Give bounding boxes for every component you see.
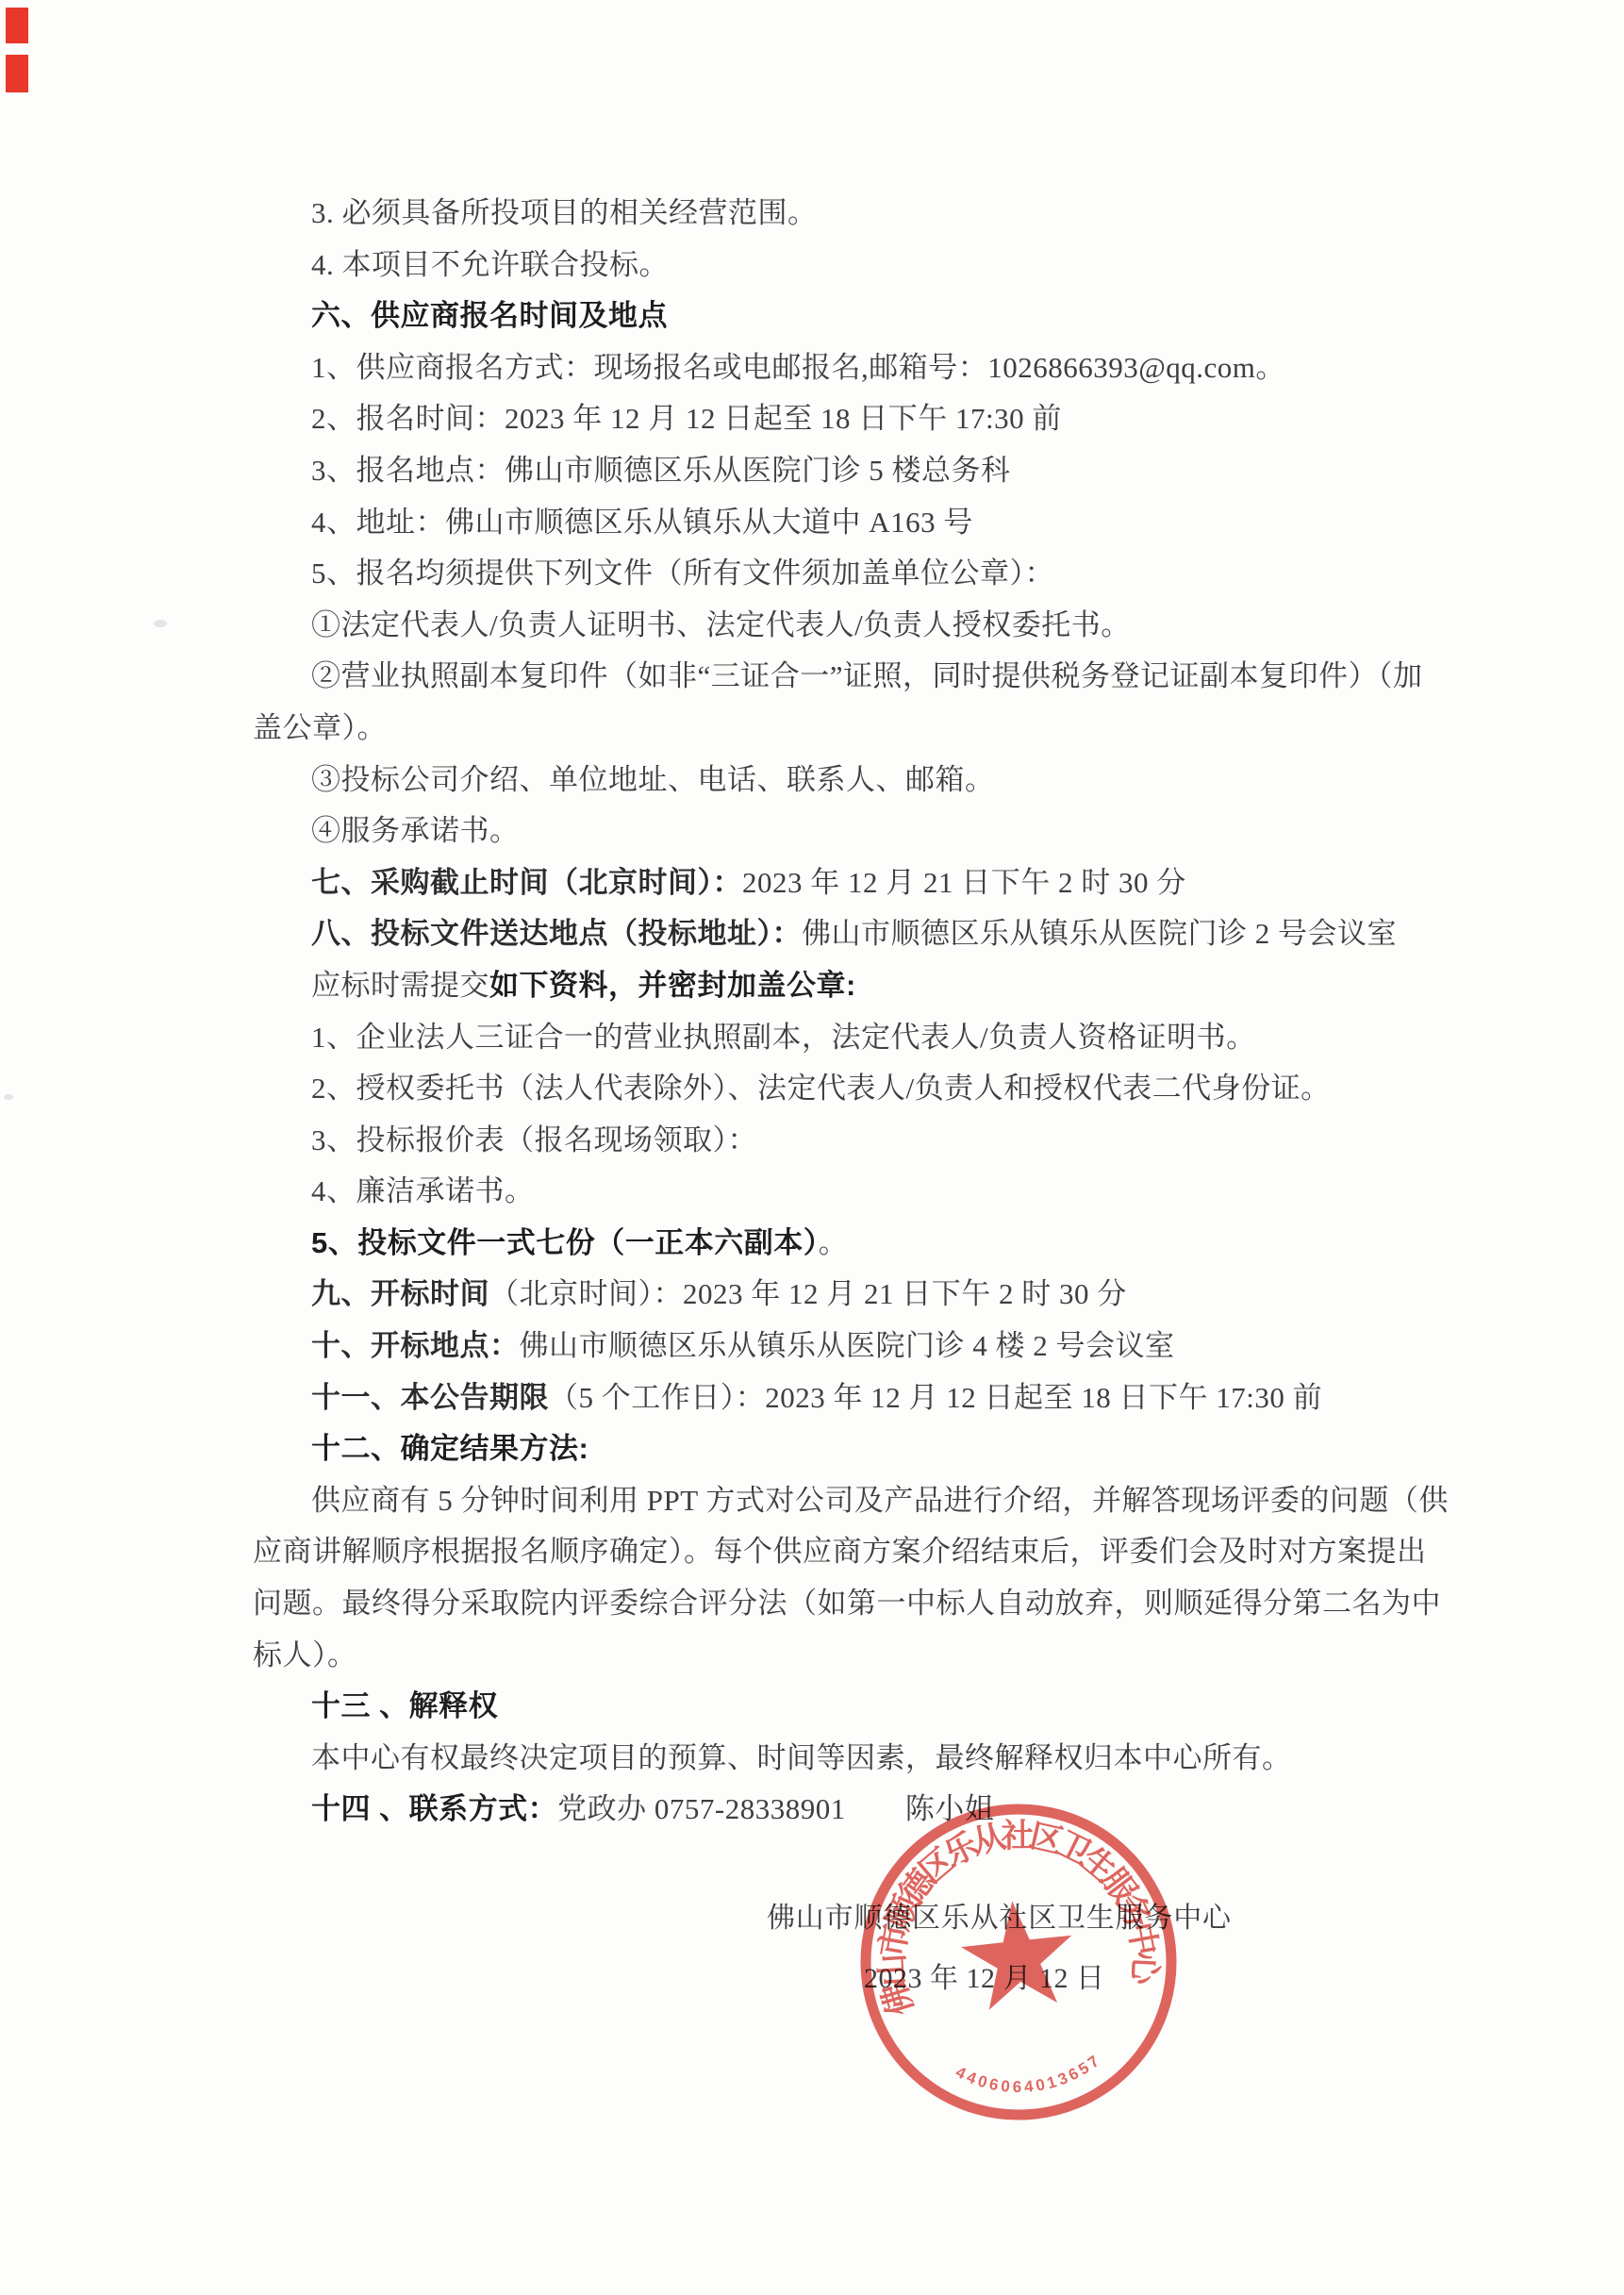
scan-corner-mark xyxy=(6,8,28,43)
document-text-segment: 应标时需提交 xyxy=(311,969,489,1002)
document-line: 应商讲解顺序根据报名顺序确定）。每个供应商方案介绍结束后，评委们会及时对方案提出 xyxy=(0,1526,1624,1578)
document-line: 标人）。 xyxy=(0,1630,1624,1682)
document-line: 七、采购截止时间（北京时间）：2023 年 12 月 21 日下午 2 时 30… xyxy=(0,857,1624,909)
document-line: 5、投标文件一式七份（一正本六副本）。 xyxy=(0,1218,1624,1270)
document-text-segment: 3、投标报价表（报名现场领取）： xyxy=(311,1123,757,1156)
document-text-segment: ③投标公司介绍、单位地址、电话、联系人、邮箱。 xyxy=(311,763,995,796)
document-line: 十、开标地点：佛山市顺德区乐从镇乐从医院门诊 4 楼 2 号会议室 xyxy=(0,1321,1624,1372)
document-text-segment: （北京时间）：2023 年 12 月 21 日下午 2 时 30 分 xyxy=(489,1277,1127,1310)
document-text-segment: 九、开标时间 xyxy=(311,1277,489,1310)
document-line: 5、报名均须提供下列文件（所有文件须加盖单位公章）： xyxy=(0,548,1624,600)
document-line: 十三 、解释权 xyxy=(0,1681,1624,1733)
document-text-segment: 供应商有 5 分钟时间利用 PPT 方式对公司及产品进行介绍，并解答现场评委的问… xyxy=(311,1484,1449,1517)
document-line: 3、投标报价表（报名现场领取）： xyxy=(0,1115,1624,1167)
document-line: 1、企业法人三证合一的营业执照副本，法定代表人/负责人资格证明书。 xyxy=(0,1012,1624,1064)
document-line: 4. 本项目不允许联合投标。 xyxy=(0,240,1624,291)
scan-corner-mark xyxy=(6,55,28,92)
document-text-segment: 十、开标地点： xyxy=(311,1329,520,1362)
document-line: 六、供应商报名时间及地点 xyxy=(0,291,1624,342)
document-text-segment: 2、授权委托书（法人代表除外）、法定代表人/负责人和授权代表二代身份证。 xyxy=(311,1072,1331,1105)
document-line: ③投标公司介绍、单位地址、电话、联系人、邮箱。 xyxy=(0,755,1624,807)
document-text-segment: 本中心有权最终决定项目的预算、时间等因素，最终解释权归本中心所有。 xyxy=(311,1741,1292,1774)
official-seal: 佛山市顺德区乐从社区卫生服务中心 4406064013657 xyxy=(847,1790,1190,2134)
document-text-segment: 5、报名均须提供下列文件（所有文件须加盖单位公章）： xyxy=(311,557,1054,590)
document-line: 盖公章）。 xyxy=(0,703,1624,755)
document-line: 2、报名时间：2023 年 12 月 12 日起至 18 日下午 17:30 前 xyxy=(0,393,1624,445)
document-line: 1、供应商报名方式：现场报名或电邮报名,邮箱号：1026866393@qq.co… xyxy=(0,342,1624,394)
document-text-segment: 4、地址：佛山市顺德区乐从镇乐从大道中 A163 号 xyxy=(311,506,973,539)
document-line: ②营业执照副本复印件（如非“三证合一”证照，同时提供税务登记证副本复印件）（加 xyxy=(0,651,1624,703)
document-text-segment: 4、廉洁承诺书。 xyxy=(311,1174,535,1207)
document-text-segment: 佛山市顺德区乐从镇乐从医院门诊 2 号会议室 xyxy=(802,917,1397,950)
document-line: 本中心有权最终决定项目的预算、时间等因素，最终解释权归本中心所有。 xyxy=(0,1733,1624,1785)
document-text-segment: 1、企业法人三证合一的营业执照副本，法定代表人/负责人资格证明书。 xyxy=(311,1021,1256,1054)
document-text-segment: （5 个工作日）：2023 年 12 月 12 日起至 18 日下午 17:30… xyxy=(549,1381,1322,1414)
document-line: 十一、本公告期限（5 个工作日）：2023 年 12 月 12 日起至 18 日… xyxy=(0,1372,1624,1424)
document-text-segment: 十三 、解释权 xyxy=(311,1689,498,1722)
document-line: 应标时需提交如下资料，并密封加盖公章: xyxy=(0,960,1624,1012)
document-text-segment: ①法定代表人/负责人证明书、法定代表人/负责人授权委托书。 xyxy=(311,608,1131,641)
document-line: 4、廉洁承诺书。 xyxy=(0,1166,1624,1218)
document-line: 2、授权委托书（法人代表除外）、法定代表人/负责人和授权代表二代身份证。 xyxy=(0,1063,1624,1115)
document-text-segment: 十四 、联系方式： xyxy=(311,1792,557,1825)
document-line: ④服务承诺书。 xyxy=(0,806,1624,857)
document-text-segment: 六、供应商报名时间及地点 xyxy=(311,299,668,332)
document-text-segment: 3、报名地点：佛山市顺德区乐从医院门诊 5 楼总务科 xyxy=(311,454,1011,487)
document-page: 3. 必须具备所投项目的相关经营范围。4. 本项目不允许联合投标。六、供应商报名… xyxy=(0,0,1624,2295)
document-body: 3. 必须具备所投项目的相关经营范围。4. 本项目不允许联合投标。六、供应商报名… xyxy=(0,188,1624,1836)
document-line: 十四 、联系方式：党政办 0757-28338901 陈小姐 xyxy=(0,1784,1624,1836)
document-text-segment: 八、投标文件送达地点（投标地址）： xyxy=(311,917,802,950)
document-text-segment: 2023 年 12 月 21 日下午 2 时 30 分 xyxy=(742,866,1186,899)
document-line: 八、投标文件送达地点（投标地址）：佛山市顺德区乐从镇乐从医院门诊 2 号会议室 xyxy=(0,908,1624,960)
document-text-segment: 如下资料，并密封加盖公章: xyxy=(489,969,856,1002)
document-line: 九、开标时间（北京时间）：2023 年 12 月 21 日下午 2 时 30 分 xyxy=(0,1269,1624,1321)
document-text-segment: 十二、确定结果方法: xyxy=(311,1432,588,1465)
document-line: ①法定代表人/负责人证明书、法定代表人/负责人授权委托书。 xyxy=(0,600,1624,652)
document-text-segment: 盖公章）。 xyxy=(253,711,387,744)
document-text-segment: ②营业执照副本复印件（如非“三证合一”证照，同时提供税务登记证副本复印件）（加 xyxy=(311,659,1423,692)
seal-star-icon xyxy=(957,1895,1079,2012)
document-text-segment: 七、采购截止时间（北京时间）： xyxy=(311,866,742,899)
document-text-segment: 4. 本项目不允许联合投标。 xyxy=(311,248,669,281)
document-line: 十二、确定结果方法: xyxy=(0,1423,1624,1475)
document-text-segment: 应商讲解顺序根据报名顺序确定）。每个供应商方案介绍结束后，评委们会及时对方案提出 xyxy=(253,1535,1427,1568)
document-line: 3、报名地点：佛山市顺德区乐从医院门诊 5 楼总务科 xyxy=(0,445,1624,497)
document-text-segment: 。 xyxy=(819,1226,849,1259)
document-text-segment: 3. 必须具备所投项目的相关经营范围。 xyxy=(311,196,818,229)
document-line: 供应商有 5 分钟时间利用 PPT 方式对公司及产品进行介绍，并解答现场评委的问… xyxy=(0,1475,1624,1527)
document-line: 问题。最终得分采取院内评委综合评分法（如第一中标人自动放弃，则顺延得分第二名为中 xyxy=(0,1578,1624,1630)
document-text-segment: 佛山市顺德区乐从镇乐从医院门诊 4 楼 2 号会议室 xyxy=(520,1329,1175,1362)
document-text-segment: 十一、本公告期限 xyxy=(311,1381,549,1414)
document-text-segment: 问题。最终得分采取院内评委综合评分法（如第一中标人自动放弃，则顺延得分第二名为中 xyxy=(253,1587,1441,1620)
document-text-segment: ④服务承诺书。 xyxy=(311,814,520,847)
document-line: 3. 必须具备所投项目的相关经营范围。 xyxy=(0,188,1624,240)
document-text-segment: 2、报名时间：2023 年 12 月 12 日起至 18 日下午 17:30 前 xyxy=(311,402,1062,435)
document-text-segment: 1、供应商报名方式：现场报名或电邮报名,邮箱号：1026866393@qq.co… xyxy=(311,351,1285,384)
document-text-segment: 5、投标文件一式七份（一正本六副本） xyxy=(311,1226,819,1259)
document-text-segment: 标人）。 xyxy=(253,1638,357,1671)
document-line: 4、地址：佛山市顺德区乐从镇乐从大道中 A163 号 xyxy=(0,497,1624,549)
